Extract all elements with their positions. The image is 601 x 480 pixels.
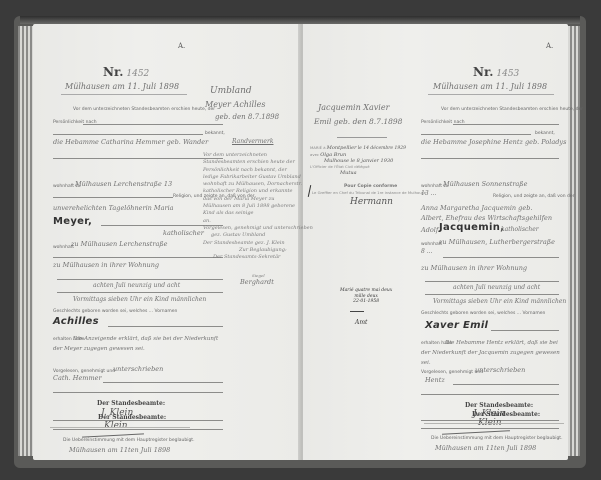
intro-print: Vor dem unterzeichneten Standesbeamten e…	[73, 107, 215, 112]
mother-surname: Meyer,	[53, 216, 92, 227]
annotation-line: Zur Beglaubigung:	[203, 247, 313, 254]
annotation-line: das von der Maria Meyer zu	[203, 196, 313, 203]
annotation-line: Kind als das seinige	[203, 210, 313, 217]
parents-residence-2: 8 ...	[421, 248, 432, 255]
rule	[443, 257, 559, 258]
intro-print: Vor dem unterzeichneten Standesbeamten e…	[441, 107, 583, 112]
known-print: bekannt,	[535, 131, 555, 136]
record-number-label: Nr.	[103, 65, 123, 79]
rule	[453, 124, 559, 125]
record-number-label: Nr.	[473, 65, 493, 79]
rule	[83, 124, 223, 125]
informant-signature: Hentz	[425, 376, 445, 384]
informant-residence: Mülhausen Sonnenstraße	[443, 180, 528, 188]
annotation-heading-2: Emil geb. den 8.7.1898	[314, 117, 402, 126]
registrar-label-2: Der Standesbeamte:	[472, 411, 540, 418]
annotation-line: Vor dem unterzeichneten	[203, 152, 313, 159]
rule	[421, 394, 559, 395]
annotation-section-title: Randvermerk	[232, 138, 274, 145]
copy-stamp: Pour Copie conforme Le Greffier en Chef …	[312, 184, 426, 196]
rule	[57, 279, 223, 280]
marriage-place: Montpellier	[327, 145, 357, 151]
ink-note-line: 22-01-1958	[340, 299, 392, 305]
marriage-stamp-line-1: MARIÉ à Montpellier le 14 décembre 1929	[310, 145, 406, 152]
ink-note-line: Marié quatre mai deux	[340, 288, 392, 294]
father-prefix: Adolf	[421, 226, 438, 234]
marriage-stamp: MARIÉ à Montpellier le 14 décembre 1929 …	[310, 145, 406, 176]
annotation-signature: Berghardt	[240, 278, 274, 286]
rule	[350, 311, 364, 312]
rule	[421, 428, 559, 429]
annotation-line: wohnhaft zu Mülhausen, Dornacherstr.	[203, 181, 313, 188]
copy-stamp-signature: Hermann	[350, 197, 393, 207]
declaration: Die Anzeigende erklärt, daß sie bei der …	[53, 334, 223, 354]
child-name: Achilles	[53, 316, 99, 327]
birth-date: achten Juli neunzig und acht	[453, 284, 540, 291]
birth-date: achten Juli neunzig und acht	[93, 282, 180, 289]
mother-religion: katholischer	[163, 229, 204, 237]
page-edges-right	[568, 26, 580, 456]
page-edges-left	[18, 26, 34, 456]
rule	[103, 382, 223, 383]
informant-residence: Mülhausen Lerchenstraße 13	[75, 180, 172, 188]
annotation-line: Standesbeamten erschien heute der	[203, 159, 313, 166]
marriage-date: le 14 décembre 1929	[358, 146, 406, 151]
annotation-line: katholischer Religion und erkannte	[203, 188, 313, 195]
rule	[53, 257, 223, 258]
child-name: Xaver Emil	[425, 320, 488, 331]
rule	[491, 330, 559, 331]
annotation-body: Vor dem unterzeichneten Standesbeamten e…	[203, 152, 313, 261]
father-religion: katholischer	[501, 226, 539, 233]
annotation-line: Mülhausen am 8 Juli 1898 geborene	[203, 203, 313, 210]
rule	[50, 427, 190, 428]
officer-signature: Mutua	[310, 170, 406, 176]
read-hand: unterschrieben	[475, 366, 525, 374]
place-date: Mülhausen am 11. Juli 1898	[65, 82, 179, 91]
gender-print: Geschlechts geboren worden sei, welches …	[421, 311, 545, 316]
rule	[424, 423, 564, 424]
record-number-value: 1453	[496, 69, 519, 79]
birth-place: zu Mülhausen in ihrer Wohnung	[53, 261, 159, 269]
with-label: avec	[310, 152, 319, 157]
page-marker: A.	[546, 42, 553, 50]
rule	[337, 137, 387, 138]
record-number-value: 1452	[126, 69, 149, 79]
copy-stamp-line: Le Greffier en Chef du Tribunal de 1re i…	[312, 190, 426, 196]
informant: die Hebamme Catharina Hemmer geb. Wander	[53, 138, 208, 146]
annotation-heading-2: Meyer Achilles	[205, 100, 265, 109]
annotation-line: an.	[203, 218, 313, 225]
book-spine-edge	[20, 16, 580, 24]
certification-print: Die Uebereinstimmung mit dem Hauptregist…	[431, 436, 563, 441]
rule	[53, 134, 203, 135]
rule	[421, 158, 559, 159]
birth-place: zu Mülhausen in ihrer Wohnung	[421, 264, 527, 272]
annotation-line: Der Standesbeamte gez. J. Klein	[203, 240, 313, 247]
mother: Anna Margaretha Jacquemin geb.	[421, 204, 532, 212]
page-marker: A.	[178, 42, 185, 50]
annotation-heading-3: geb. den 8.7.1898	[215, 113, 279, 121]
registrar-label: Der Standesbeamte:	[465, 402, 533, 409]
rule	[57, 292, 223, 293]
annotation-heading-1: Umbland	[210, 86, 252, 96]
record-number: Nr.1452	[103, 65, 149, 79]
rule	[425, 294, 559, 295]
birth-time: Vormittags sieben Uhr ein Kind männliche…	[73, 296, 206, 303]
handwritten-ink-note: Marié quatre mai deux mille deux 22-01-1…	[340, 288, 392, 305]
read-hand: unterschrieben	[113, 365, 163, 373]
rule	[61, 94, 187, 95]
religion-print: Religion, und zeigte an, daß von der	[493, 194, 574, 199]
registrar-label-2: Der Standesbeamte:	[98, 414, 166, 421]
rule	[53, 429, 223, 430]
record-number: Nr.1453	[473, 65, 519, 79]
declaration: Die Hebamme Hentz erklärt, daß sie bei d…	[421, 338, 561, 368]
annotation-line: ledige Fabrikarbeiter Gustav Umbland	[203, 174, 313, 181]
annotation-line: Persönlichkeit nach bekannt, der	[203, 167, 313, 174]
father-surname: Jacquemin,	[439, 222, 504, 233]
rule	[428, 94, 554, 95]
annotation-heading-1: Jacquemin Xavier	[318, 103, 389, 112]
certification-place-date: Mülhausen am 11ten Juli 1898	[435, 444, 536, 452]
annotation-line: Vorgelesen, genehmigt und unterschrieben	[203, 225, 313, 232]
annotation-line: Der Standesamts-Sekretär	[203, 254, 313, 261]
registrar-label: Der Standesbeamte:	[97, 400, 165, 407]
mother-residence: zu Mülhausen Lerchenstraße	[71, 240, 168, 248]
rule	[453, 384, 559, 385]
informant-signature: Cath. Hemmer	[53, 374, 102, 382]
rule	[53, 197, 173, 198]
certification-place-date: Mülhausen am 11ten Juli 1898	[69, 446, 170, 454]
mother-line2: Albert, Ehefrau des Wirtschaftsgehilfen	[421, 214, 552, 222]
read-print: Vorgelesen, genehmigt und	[421, 370, 483, 375]
birth-time: Vormittags sieben Uhr ein Kind männliche…	[433, 298, 566, 305]
gender-print: Geschlechts geboren worden sei, welches …	[53, 309, 177, 314]
parents-residence: zu Mülhausen, Lutherbergerstraße	[439, 238, 555, 246]
known-print: bekannt,	[205, 131, 225, 136]
informant: die Hebamme Josephine Hentz geb. Poladys	[421, 138, 566, 146]
initial-mark: Amt	[355, 319, 367, 326]
rule	[421, 134, 531, 135]
rule	[53, 392, 223, 393]
certification-print: Die Uebereinstimmung mit dem Hauptregist…	[63, 438, 195, 443]
rule	[425, 281, 559, 282]
rule	[108, 326, 223, 327]
registrar-signature-2: Klein	[104, 421, 128, 431]
place-date: Mülhausen am 11. Juli 1898	[433, 82, 547, 91]
right-page: A. Nr.1453 Mülhausen am 11. Juli 1898 Vo…	[303, 24, 568, 460]
rule	[53, 158, 223, 159]
mother: unverehelichten Tagelöhnerin Maria	[53, 204, 174, 212]
annotation-line: gez. Gustav Umbland	[203, 232, 313, 239]
married-label: MARIÉ à	[310, 145, 326, 150]
